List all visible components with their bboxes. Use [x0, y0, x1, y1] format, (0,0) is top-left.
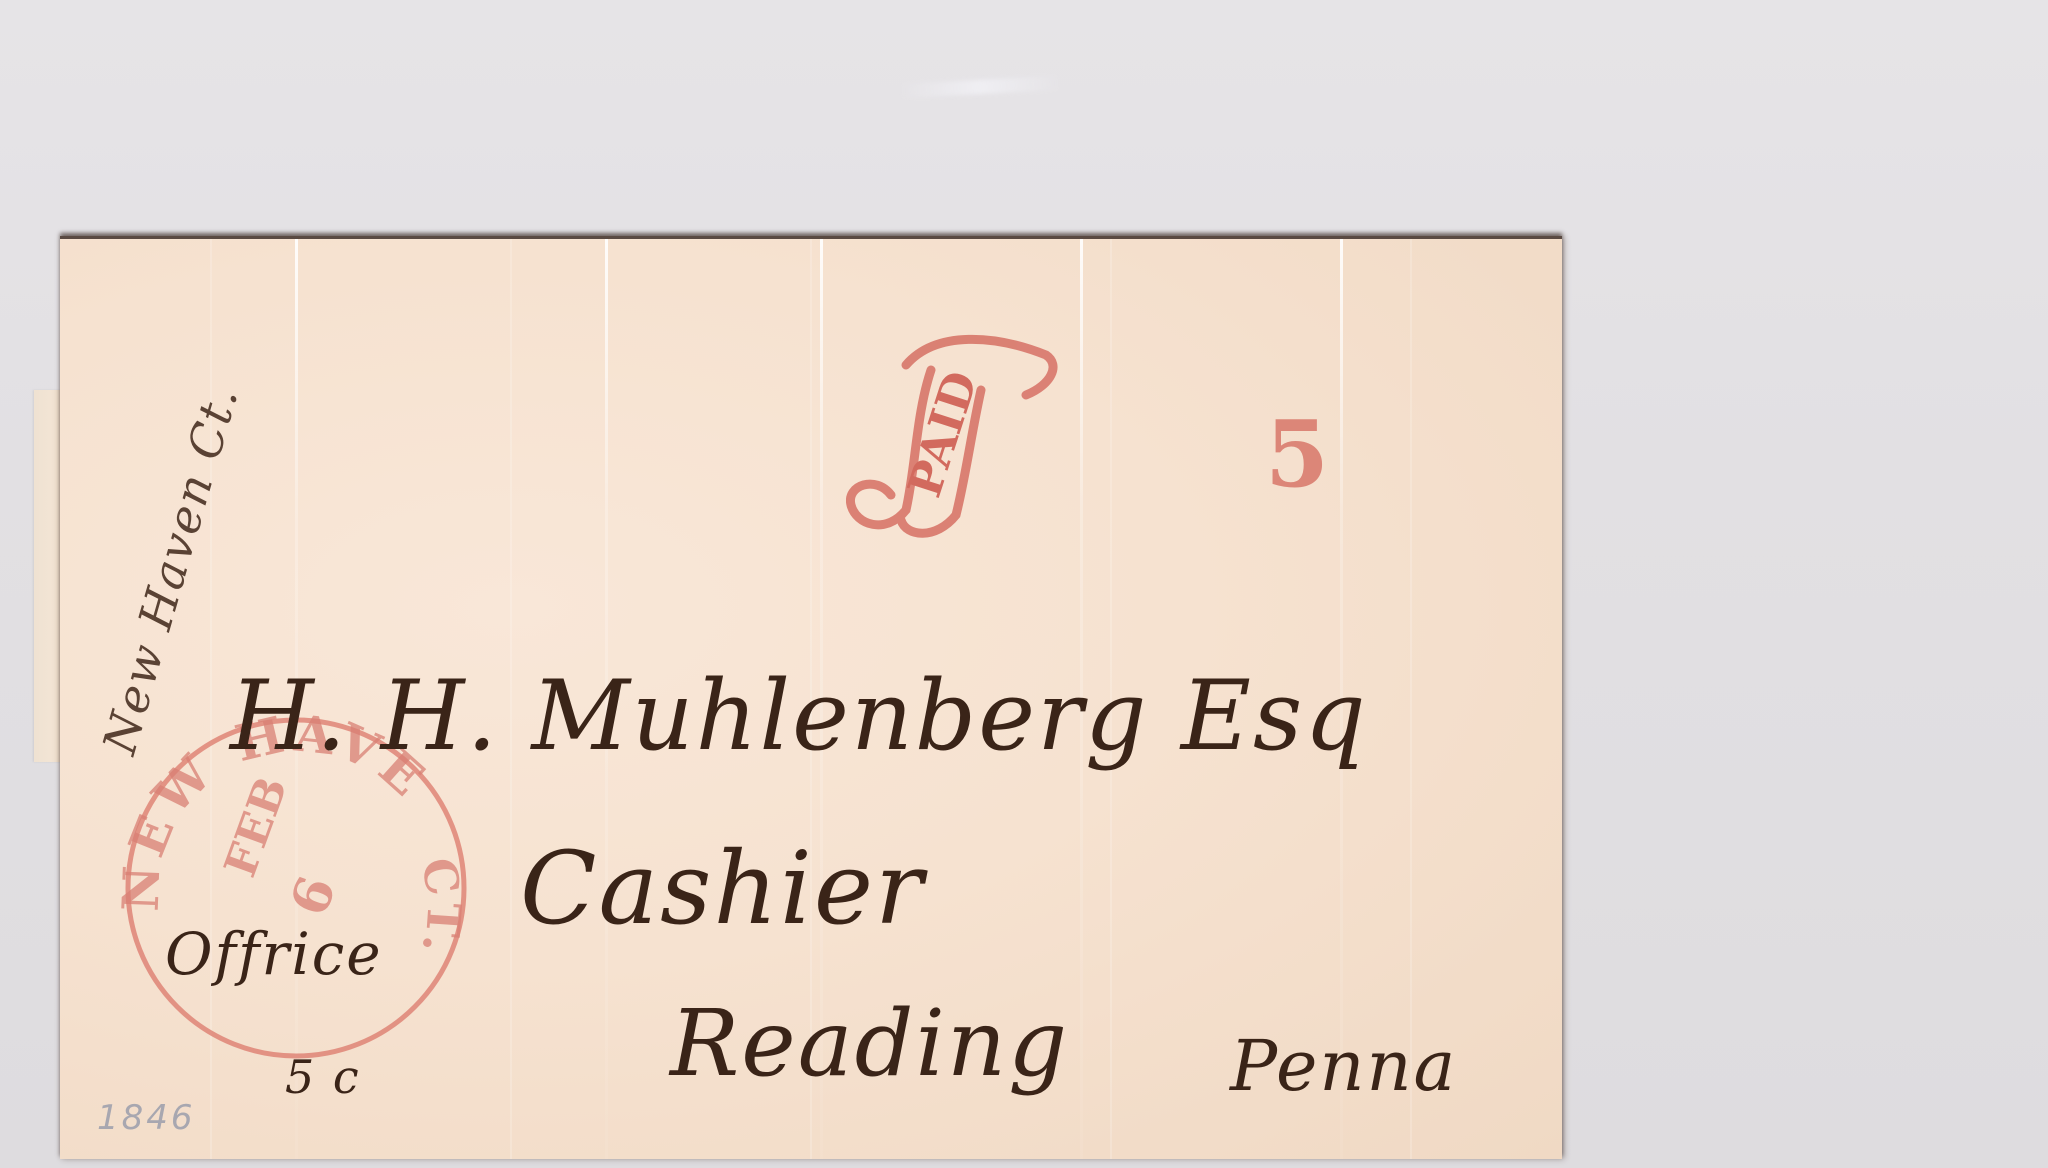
folded-flap-edge — [34, 390, 62, 762]
postmark-day: 6 — [279, 869, 349, 924]
addressee-title: Cashier — [520, 830, 925, 947]
destination-state: Penna — [1230, 1025, 1457, 1107]
paid-handstamp: PAID — [846, 325, 1066, 545]
postmark-state: CT. — [410, 853, 471, 964]
postmark-month: FEB — [215, 770, 298, 883]
svg-text:CT.: CT. — [410, 853, 471, 964]
rate-handstamp: 5 — [1265, 400, 1329, 508]
forwarding-rate: 5 c — [285, 1050, 361, 1104]
destination-city: Reading — [670, 990, 1069, 1097]
pencil-year-annotation: 1846 — [97, 1098, 196, 1138]
forwarding-note: Offrice — [165, 920, 383, 988]
addressee-name: H. H. Muhlenberg Esq — [230, 660, 1368, 772]
